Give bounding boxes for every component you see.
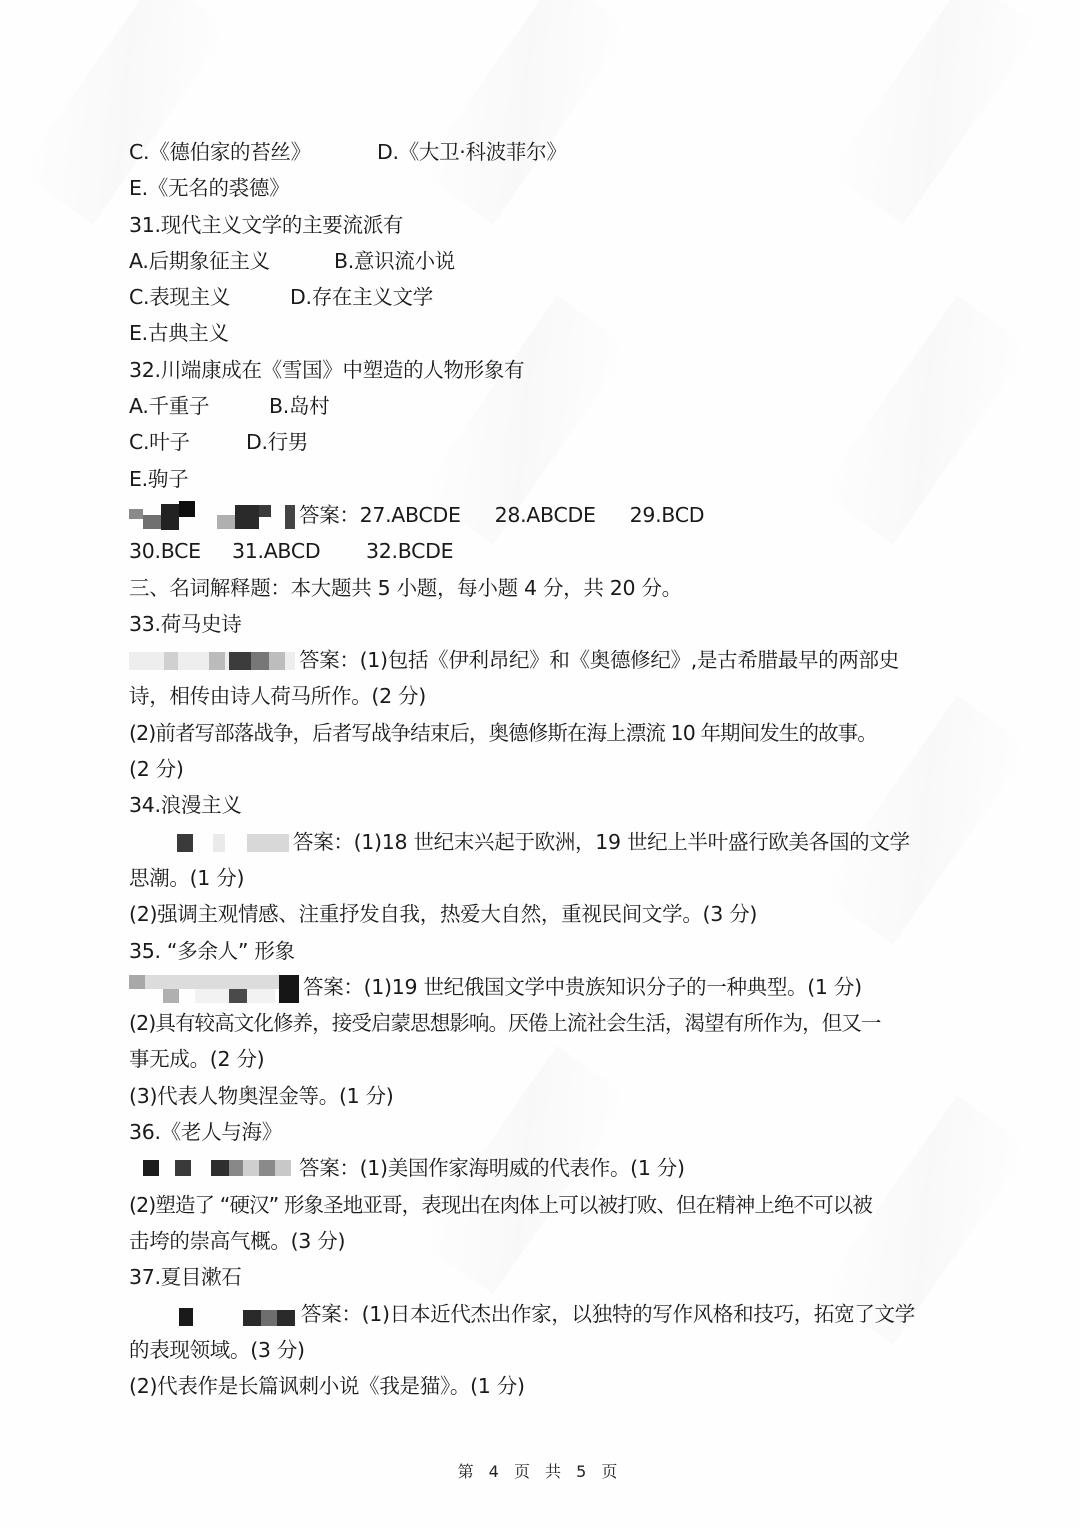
question-35: 35. “多余人” 形象 xyxy=(129,933,959,969)
option-d: D.行男 xyxy=(246,430,308,454)
answer-text: 答案：(1)18 世纪末兴起于欧洲，19 世纪上半叶盛行欧美各国的文学 xyxy=(293,830,910,854)
option-a: A.千重子 xyxy=(129,388,269,424)
option-e: E.《无名的裘德》 xyxy=(129,176,289,200)
redacted-block xyxy=(129,1300,299,1330)
answer-text: (2 分) xyxy=(129,757,184,781)
answer-line: 答案：(1)包括《伊利昂纪》和《奥德修纪》,是古希腊最早的两部史 xyxy=(129,642,959,678)
option-line: E.古典主义 xyxy=(129,315,959,351)
answer-text: 事无成。(2 分) xyxy=(129,1047,264,1071)
answer-text: (2)前者写部落战争，后者写战争结束后，奥德修斯在海上漂流 10 年期间发生的故… xyxy=(129,721,877,745)
question-31: 31.现代主义文学的主要流派有 xyxy=(129,207,959,243)
answer-line: 事无成。(2 分) xyxy=(129,1041,959,1077)
answer-text: (3)代表人物奥涅金等。(1 分) xyxy=(129,1084,394,1108)
document-body: C.《德伯家的苔丝》D.《大卫·科波菲尔》 E.《无名的裘德》 31.现代主义文… xyxy=(129,134,959,1404)
question-stem: 35. “多余人” 形象 xyxy=(129,939,295,963)
answer-text: (2)塑造了 “硬汉” 形象圣地亚哥，表现出在肉体上可以被打败、但在精神上绝不可… xyxy=(129,1193,872,1217)
question-33: 33.荷马史诗 xyxy=(129,606,959,642)
page-number: 第 4 页 共 5 页 xyxy=(0,1459,1080,1482)
answer-29: 29.BCD xyxy=(630,503,705,527)
answer-text: 答案：(1)包括《伊利昂纪》和《奥德修纪》,是古希腊最早的两部史 xyxy=(299,648,899,672)
answer-line: (2)塑造了 “硬汉” 形象圣地亚哥，表现出在肉体上可以被打败、但在精神上绝不可… xyxy=(129,1187,959,1223)
answer-line: 答案：27.ABCDE28.ABCDE29.BCD xyxy=(129,497,959,533)
redacted-block xyxy=(129,1154,297,1184)
answer-32: 32.BCDE xyxy=(366,539,453,563)
option-d: D.《大卫·科波菲尔》 xyxy=(377,140,567,164)
option-c: C.《德伯家的苔丝》 xyxy=(129,134,377,170)
section-title: 三、名词解释题：本大题共 5 小题，每小题 4 分，共 20 分。 xyxy=(129,576,682,600)
option-c: C.叶子 xyxy=(129,424,246,460)
answer-28: 28.ABCDE xyxy=(495,497,630,533)
answer-line: (3)代表人物奥涅金等。(1 分) xyxy=(129,1078,959,1114)
answer-27: 27.ABCDE xyxy=(360,497,495,533)
document-page: C.《德伯家的苔丝》D.《大卫·科波菲尔》 E.《无名的裘德》 31.现代主义文… xyxy=(0,0,1080,1527)
answer-label: 答案： xyxy=(299,503,360,527)
option-b: B.意识流小说 xyxy=(334,249,455,273)
redacted-block xyxy=(129,646,297,676)
answer-line: (2)前者写部落战争，后者写战争结束后，奥德修斯在海上漂流 10 年期间发生的故… xyxy=(129,715,959,751)
answer-text: 思潮。(1 分) xyxy=(129,866,244,890)
answer-text: 答案：(1)美国作家海明威的代表作。(1 分) xyxy=(299,1156,685,1180)
answer-line: (2)代表作是长篇讽刺小说《我是猫》。(1 分) xyxy=(129,1368,959,1404)
answer-line: 答案：(1)日本近代杰出作家，以独特的写作风格和技巧，拓宽了文学 xyxy=(129,1296,959,1332)
redacted-block xyxy=(129,973,301,1003)
option-line: C.叶子D.行男 xyxy=(129,424,959,460)
question-stem: 36.《老人与海》 xyxy=(129,1120,282,1144)
answer-line: 击垮的崇高气概。(3 分) xyxy=(129,1223,959,1259)
answer-line: (2)强调主观情感、注重抒发自我，热爱大自然，重视民间文学。(3 分) xyxy=(129,896,959,932)
option-c: C.表现主义 xyxy=(129,279,290,315)
option-line: A.后期象征主义B.意识流小说 xyxy=(129,243,959,279)
answer-line: 答案：(1)18 世纪末兴起于欧洲，19 世纪上半叶盛行欧美各国的文学 xyxy=(129,824,959,860)
answer-text: (2)具有较高文化修养，接受启蒙思想影响。厌倦上流社会生活，渴望有所作为，但又一 xyxy=(129,1011,881,1035)
answer-text: 诗，相传由诗人荷马所作。(2 分) xyxy=(129,684,426,708)
answer-line: 30.BCE31.ABCD32.BCDE xyxy=(129,533,959,569)
answer-text: (2)强调主观情感、注重抒发自我，热爱大自然，重视民间文学。(3 分) xyxy=(129,902,757,926)
answer-text: 答案：(1)日本近代杰出作家，以独特的写作风格和技巧，拓宽了文学 xyxy=(301,1302,915,1326)
question-stem: 34.浪漫主义 xyxy=(129,793,242,817)
redacted-block xyxy=(129,828,291,858)
option-d: D.存在主义文学 xyxy=(290,285,433,309)
answer-line: 答案：(1)19 世纪俄国文学中贵族知识分子的一种典型。(1 分) xyxy=(129,969,959,1005)
answer-line: (2 分) xyxy=(129,751,959,787)
option-line: C.表现主义D.存在主义文学 xyxy=(129,279,959,315)
option-a: A.后期象征主义 xyxy=(129,243,334,279)
answer-text: 击垮的崇高气概。(3 分) xyxy=(129,1229,345,1253)
answer-30: 30.BCE xyxy=(129,533,232,569)
option-b: B.岛村 xyxy=(269,394,329,418)
redacted-block xyxy=(129,501,297,531)
option-line: C.《德伯家的苔丝》D.《大卫·科波菲尔》 xyxy=(129,134,959,170)
question-32: 32.川端康成在《雪国》中塑造的人物形象有 xyxy=(129,352,959,388)
section-heading: 三、名词解释题：本大题共 5 小题，每小题 4 分，共 20 分。 xyxy=(129,570,959,606)
option-e: E.驹子 xyxy=(129,467,188,491)
question-stem: 31.现代主义文学的主要流派有 xyxy=(129,213,403,237)
question-stem: 33.荷马史诗 xyxy=(129,612,242,636)
answer-text: (2)代表作是长篇讽刺小说《我是猫》。(1 分) xyxy=(129,1374,525,1398)
answer-text: 答案：(1)19 世纪俄国文学中贵族知识分子的一种典型。(1 分) xyxy=(303,975,862,999)
answer-line: 答案：(1)美国作家海明威的代表作。(1 分) xyxy=(129,1150,959,1186)
option-line: E.驹子 xyxy=(129,461,959,497)
option-line: A.千重子B.岛村 xyxy=(129,388,959,424)
question-36: 36.《老人与海》 xyxy=(129,1114,959,1150)
question-37: 37.夏目漱石 xyxy=(129,1259,959,1295)
answer-line: 诗，相传由诗人荷马所作。(2 分) xyxy=(129,678,959,714)
answer-text: 的表现领域。(3 分) xyxy=(129,1338,305,1362)
answer-line: (2)具有较高文化修养，接受启蒙思想影响。厌倦上流社会生活，渴望有所作为，但又一 xyxy=(129,1005,959,1041)
question-34: 34.浪漫主义 xyxy=(129,787,959,823)
answer-line: 思潮。(1 分) xyxy=(129,860,959,896)
question-stem: 32.川端康成在《雪国》中塑造的人物形象有 xyxy=(129,358,524,382)
answer-31: 31.ABCD xyxy=(232,533,366,569)
option-e: E.古典主义 xyxy=(129,321,229,345)
option-line: E.《无名的裘德》 xyxy=(129,170,959,206)
answer-line: 的表现领域。(3 分) xyxy=(129,1332,959,1368)
question-stem: 37.夏目漱石 xyxy=(129,1265,242,1289)
